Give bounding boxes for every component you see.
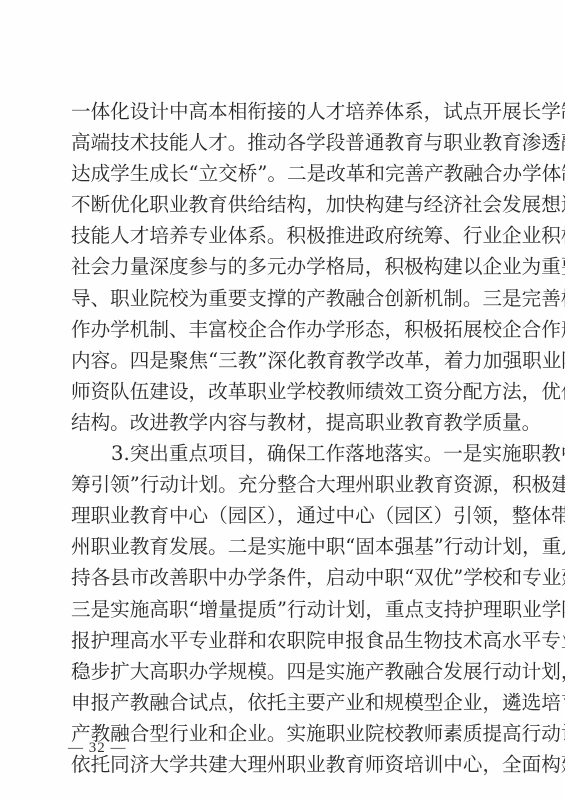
text-line: 稳步扩大高职办学规模。四是实施产教融合发展行动计划，积极: [71, 656, 497, 687]
text-line: 不断优化职业教育供给结构，加快构建与经济社会发展想适应的: [71, 189, 497, 220]
text-line: 产教融合型行业和企业。实施职业院校教师素质提高行动计划，: [71, 718, 497, 749]
text-line: 作办学机制、丰富校企合作办学形态，积极拓展校企合作形式和: [71, 314, 497, 345]
text-line: 理职业教育中心（园区），通过中心（园区）引领，整体带动全: [71, 500, 497, 531]
text-line: 社会力量深度参与的多元办学格局，积极构建以企业为重要主: [71, 251, 497, 282]
text-line: 师资队伍建设，改革职业学校教师绩效工资分配方法，优化师资: [71, 376, 497, 407]
text-line: 一体化设计中高本相衔接的人才培养体系，试点开展长学制培养: [71, 96, 497, 127]
text-line: 结构。改进教学内容与教材，提高职业教育教学质量。: [71, 407, 497, 438]
text-line: 导、职业院校为重要支撑的产教融合创新机制。三是完善校企合: [71, 283, 497, 314]
text-line: 筹引领”行动计划。充分整合大理州职业教育资源，积极建设大: [71, 469, 497, 500]
body-text: 一体化设计中高本相衔接的人才培养体系，试点开展长学制培养 高端技术技能人才。推动…: [71, 96, 497, 780]
text-line: 报护理高水平专业群和农职院申报食品生物技术高水平专业群，: [71, 625, 497, 656]
text-line: 依托同济大学共建大理州职业教育师资培训中心，全面构建适应: [71, 749, 497, 780]
text-line: 持各县市改善职中办学条件，启动中职“双优”学校和专业建设。: [71, 562, 497, 593]
text-line: 内容。四是聚焦“三教”深化教育教学改革，着力加强职业院校: [71, 345, 497, 376]
text-line: 达成学生成长“立交桥”。二是改革和完善产教融合办学体制。: [71, 158, 497, 189]
text-line: 技能人才培养专业体系。积极推进政府统筹、行业企业积极参与，: [71, 220, 497, 251]
text-line: 高端技术技能人才。推动各学段普通教育与职业教育渗透融通，: [71, 127, 497, 158]
text-line: 申报产教融合试点，依托主要产业和规模型企业，遴选培育一批: [71, 687, 497, 718]
text-line: 州职业教育发展。二是实施中职“固本强基”行动计划，重点支: [71, 531, 497, 562]
text-line: 三是实施高职“增量提质”行动计划，重点支持护理职业学院申: [71, 594, 497, 625]
page-number: — 32 —: [68, 740, 127, 757]
document-page: 一体化设计中高本相衔接的人才培养体系，试点开展长学制培养 高端技术技能人才。推动…: [0, 0, 565, 800]
section-heading-line: 3.突出重点项目，确保工作落地落实。一是实施职教中心“统: [71, 438, 497, 469]
